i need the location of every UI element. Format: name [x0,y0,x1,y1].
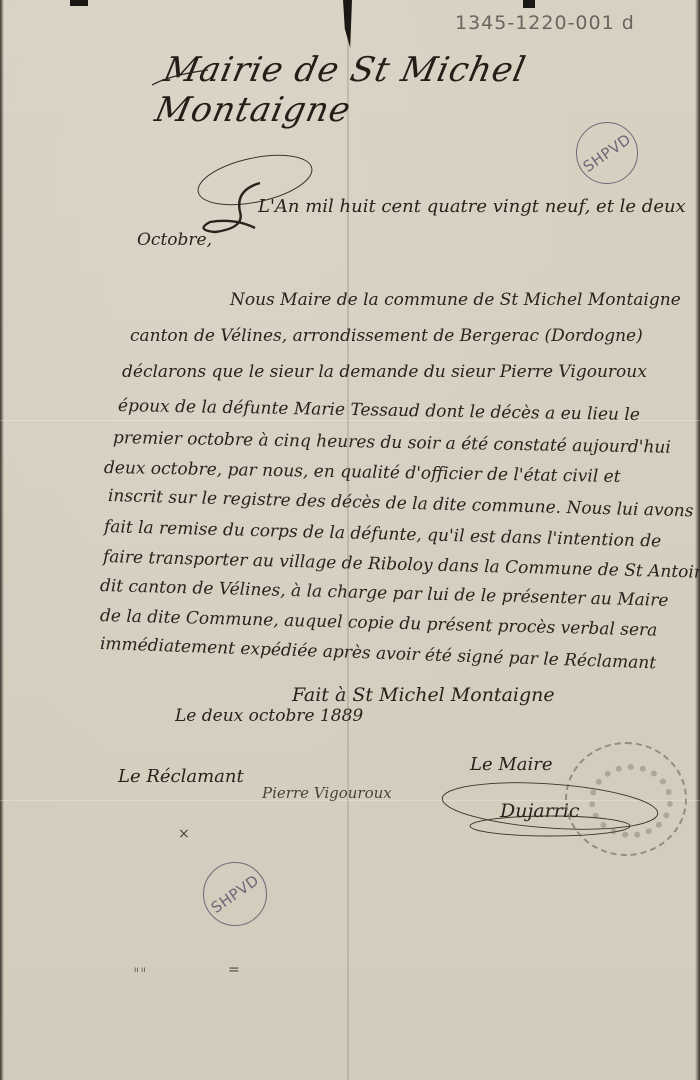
cross-mark: × [178,826,190,842]
closing-place: Fait à St Michel Montaigne [292,684,555,706]
body-line: Octobre, [137,230,212,250]
paper-edge-left [0,0,4,1080]
shpvd-stamp: SHPVD [203,862,267,926]
body-line: fait la remise du corps de la défunte, q… [104,517,662,552]
stamp-label: SHPVD [208,871,263,917]
body-line: deux octobre, par nous, en qualité d'off… [104,458,621,487]
municipal-seal [565,742,687,856]
body-line: L'An mil huit cent quatre vingt neuf, et… [258,196,686,217]
claimant-label: Le Réclamant [118,766,244,787]
letterhead-flourish-icon [150,60,210,90]
claimant-signature: Pierre Vigouroux [262,784,392,802]
letterhead-title: Mairie de St Michel Montaigne [151,50,700,130]
body-line: déclarons que le sieur la demande du sie… [122,362,647,382]
paper-tear [523,0,535,8]
body-line: canton de Vélines, arrondissement de Ber… [130,326,643,346]
mayor-label: Le Maire [470,754,553,775]
body-line: dit canton de Vélines, à la charge par l… [100,576,669,611]
paper-tear [70,0,88,6]
decorative-initial-l-icon [195,150,325,240]
body-line: premier octobre à cinq heures du soir a … [113,428,671,458]
bottom-mark: = [228,962,240,978]
document-page: 1345-1220-001 d Mairie de St Michel Mont… [0,0,700,1080]
archive-reference: 1345-1220-001 d [455,12,635,34]
stamp-label: SHPVD [580,130,635,176]
body-line: Nous Maire de la commune de St Michel Mo… [230,290,681,310]
body-line: immédiatement expédiée après avoir été s… [100,634,657,673]
paper-edge-right [695,0,700,1080]
body-line: de la dite Commune, auquel copie du prés… [100,606,658,641]
small-marks: ıı ıı [134,965,145,974]
body-line: inscrit sur le registre des décès de la … [108,486,694,521]
shpvd-stamp: SHPVD [576,122,638,184]
date-line: Le deux octobre 1889 [175,706,363,726]
